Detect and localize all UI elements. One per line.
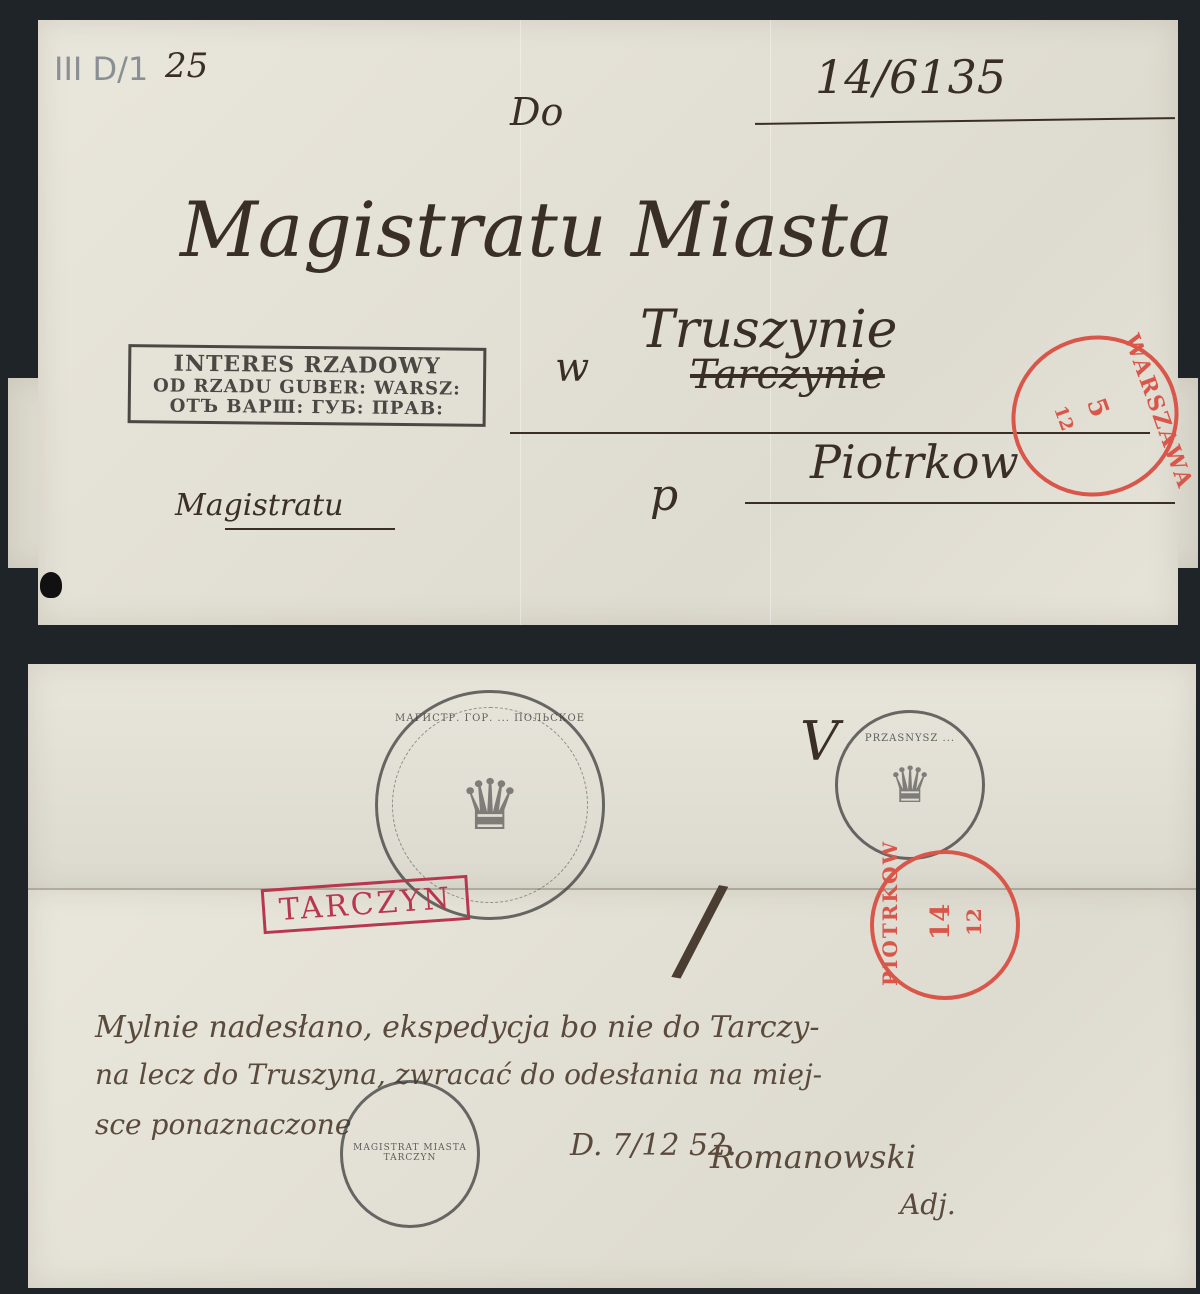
place-prefix: w: [555, 345, 589, 391]
postmark-month: 12: [1049, 403, 1077, 434]
addressee-prefix: Do: [510, 90, 563, 134]
note-line: na lecz do Truszyna, zwracać do odesłani…: [95, 1058, 822, 1091]
tarczyn-magistrate-seal: MAGISTRAT MIASTA TARCZYN: [340, 1080, 480, 1228]
seal-text: МАГИСТР. ГОР. ... ПОЛЬСКОЕ: [378, 713, 602, 724]
addressee-line: Magistratu Miasta: [180, 185, 893, 274]
place-corrected: Truszynie: [640, 300, 897, 360]
mark-v: V: [800, 710, 839, 773]
note-initials: Adj.: [900, 1188, 956, 1221]
signature-underline: [225, 528, 395, 530]
magistrate-seal-right: PRZASNYSZ ... ♛: [835, 710, 985, 860]
fold-line: [28, 888, 1196, 890]
address-rule: [745, 502, 1175, 504]
double-eagle-icon: ♛: [459, 764, 522, 846]
via-place: Piotrkow: [810, 435, 1019, 489]
file-number: 14/6135: [815, 50, 1006, 104]
pencil-reference: III D/1: [54, 50, 148, 88]
note-line: sce ponaznaczone: [95, 1108, 351, 1141]
postmark-month: 12: [962, 908, 986, 936]
note-signature: Romanowski: [710, 1138, 916, 1176]
cover-back: МАГИСТР. ГОР. ... ПОЛЬСКОЕ ♛ PRZASNYSZ .…: [0, 650, 1200, 1294]
postmark-day: 14: [926, 904, 956, 940]
seal-text: PRZASNYSZ ...: [838, 733, 982, 744]
postmark-day: 5: [1080, 394, 1114, 421]
via-prefix: p: [650, 470, 678, 521]
ink-blot: [40, 572, 62, 598]
signature: Magistratu: [175, 488, 343, 523]
stamp-line: ОТЪ ВАРШ: ГУБ: ПРАВ:: [139, 396, 475, 420]
ink-reference: 25: [165, 46, 208, 86]
postmark-city: PIOTRKOW: [878, 840, 902, 986]
official-business-stamp: INTERES RZADOWY OD RZADU GUBER: WARSZ: О…: [128, 344, 487, 427]
piotrkow-postmark: PIOTRKOW 14 12: [870, 850, 1020, 1000]
note-line: Mylnie nadesłano, ekspedycja bo nie do T…: [95, 1010, 819, 1045]
place-struck: Tarczynie: [690, 352, 885, 398]
cover-front: III D/1 25 Do 14/6135 Magistratu Miasta …: [0, 0, 1200, 650]
eagle-icon: ♛: [888, 756, 933, 814]
seal-text: MAGISTRAT MIASTA TARCZYN: [343, 1143, 477, 1163]
front-sheet: [38, 20, 1178, 625]
back-top-flap: [28, 664, 1196, 894]
